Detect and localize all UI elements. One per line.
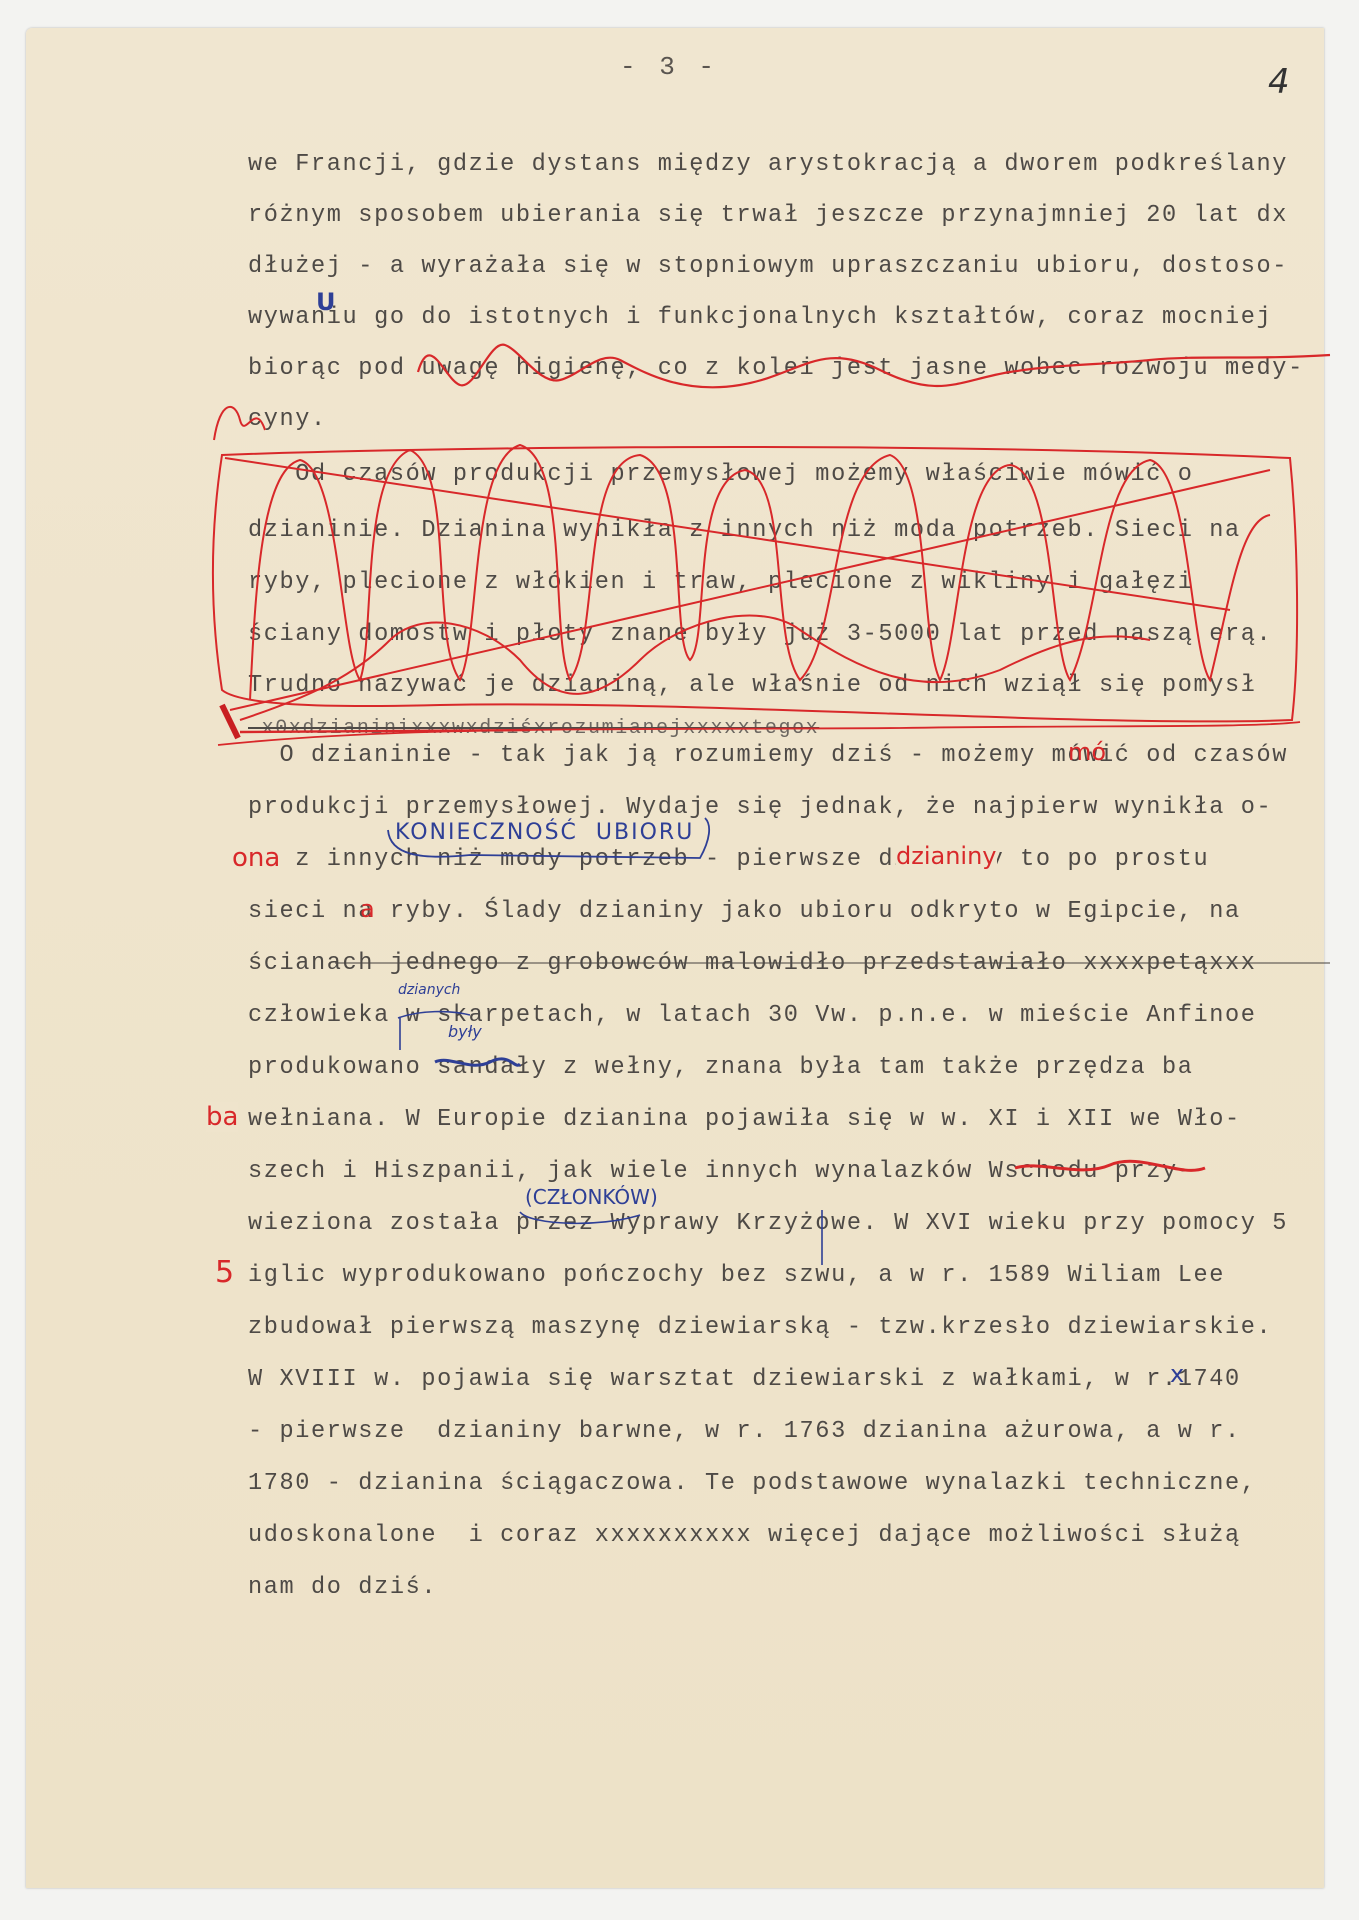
text-line-13: produkowano sandały z wełny, znana była …	[248, 1053, 1194, 1083]
blue-correction-u: U	[316, 288, 336, 316]
text-line-16: wieziona została przez Wyprawy Krzyżowe.…	[248, 1209, 1288, 1239]
page-number: - 3 -	[620, 52, 718, 82]
text-line-10: sieci na ryby. Ślady dzianiny jako ubior…	[248, 897, 1241, 927]
text-line-7: O dzianinie - tak jak ją rozumiemy dziś …	[248, 741, 1288, 771]
text-line-19: W XVIII w. pojawia się warsztat dziewiar…	[248, 1365, 1241, 1395]
struck-paragraph-line-5: Trudno nazywać je dzianiną, ale właśnie …	[248, 671, 1257, 701]
text-line-21: 1780 - dzianina ściągaczowa. Te podstawo…	[248, 1469, 1257, 1499]
blue-insert-byly: były	[448, 1022, 482, 1041]
text-line-11: ścianach jednego z grobowców malowidło p…	[248, 949, 1257, 979]
struck-line-typed-x: x0xdzianinixxxwxdziśxrozumianejxxxxxtego…	[248, 714, 819, 744]
text-line-6: cyny.	[248, 405, 327, 435]
text-line-18: zbudował pierwszą maszynę dziewiarską - …	[248, 1313, 1272, 1343]
text-line-14: wełniana. W Europie dzianina pojawiła si…	[248, 1105, 1241, 1135]
blue-insert-konieczność-ubioru: KONIECZNOŚĆ UBIORU	[395, 820, 694, 845]
text-line-4: wywaniu go do istotnych i funkcjonalnych…	[248, 303, 1272, 333]
red-fix-na: a	[360, 895, 375, 923]
text-line-3: dłużej - a wyrażała się w stopniowym upr…	[248, 252, 1288, 282]
text-line-2: różnym sposobem ubierania się trwał jesz…	[248, 201, 1288, 231]
text-line-5: biorąc pod uwagę higienę, co z kolei jes…	[248, 354, 1304, 384]
red-margin-5: 5	[215, 1255, 234, 1290]
text-line-23: nam do dziś.	[248, 1573, 437, 1603]
red-margin-ba: ba	[206, 1102, 238, 1132]
text-line-9: na z innych niż mody potrzeb - pierwsze …	[248, 845, 1209, 875]
struck-paragraph-line-1: Od czasów produkcji przemysłowej możemy …	[248, 460, 1194, 490]
blue-insert-dzianych: dzianych	[398, 982, 460, 998]
struck-paragraph-line-3: ryby, plecione z włókien i traw, plecion…	[248, 568, 1194, 598]
blue-correction-x: x	[1170, 1360, 1184, 1388]
text-line-20: - pierwsze dzianiny barwne, w r. 1763 dz…	[248, 1417, 1241, 1447]
text-line-8: produkcji przemysłowej. Wydaje się jedna…	[248, 793, 1272, 823]
red-fix-dzianiny: dzianiny	[896, 842, 997, 870]
blue-insert-czlonkow: (CZŁONKÓW)	[525, 1185, 658, 1209]
corner-page-number: 4	[1268, 62, 1290, 102]
red-margin-ona: ona	[232, 843, 280, 873]
struck-paragraph-line-2: dzianinie. Dzianina wynikła z innych niż…	[248, 516, 1241, 546]
text-line-22: udoskonalone i coraz xxxxxxxxxx więcej d…	[248, 1521, 1241, 1551]
text-line-17: iglic wyprodukowano pończochy bez szwu, …	[248, 1261, 1225, 1291]
struck-paragraph-line-4: ściany domostw i płoty znane były już 3-…	[248, 620, 1272, 650]
text-line-15: szech i Hiszpanii, jak wiele innych wyna…	[248, 1157, 1194, 1187]
red-fix-mowic: mó	[1068, 738, 1106, 766]
text-line-12: człowieka w skarpetach, w latach 30 Vw. …	[248, 1001, 1257, 1031]
text-line-1: we Francji, gdzie dystans między arystok…	[248, 150, 1288, 180]
